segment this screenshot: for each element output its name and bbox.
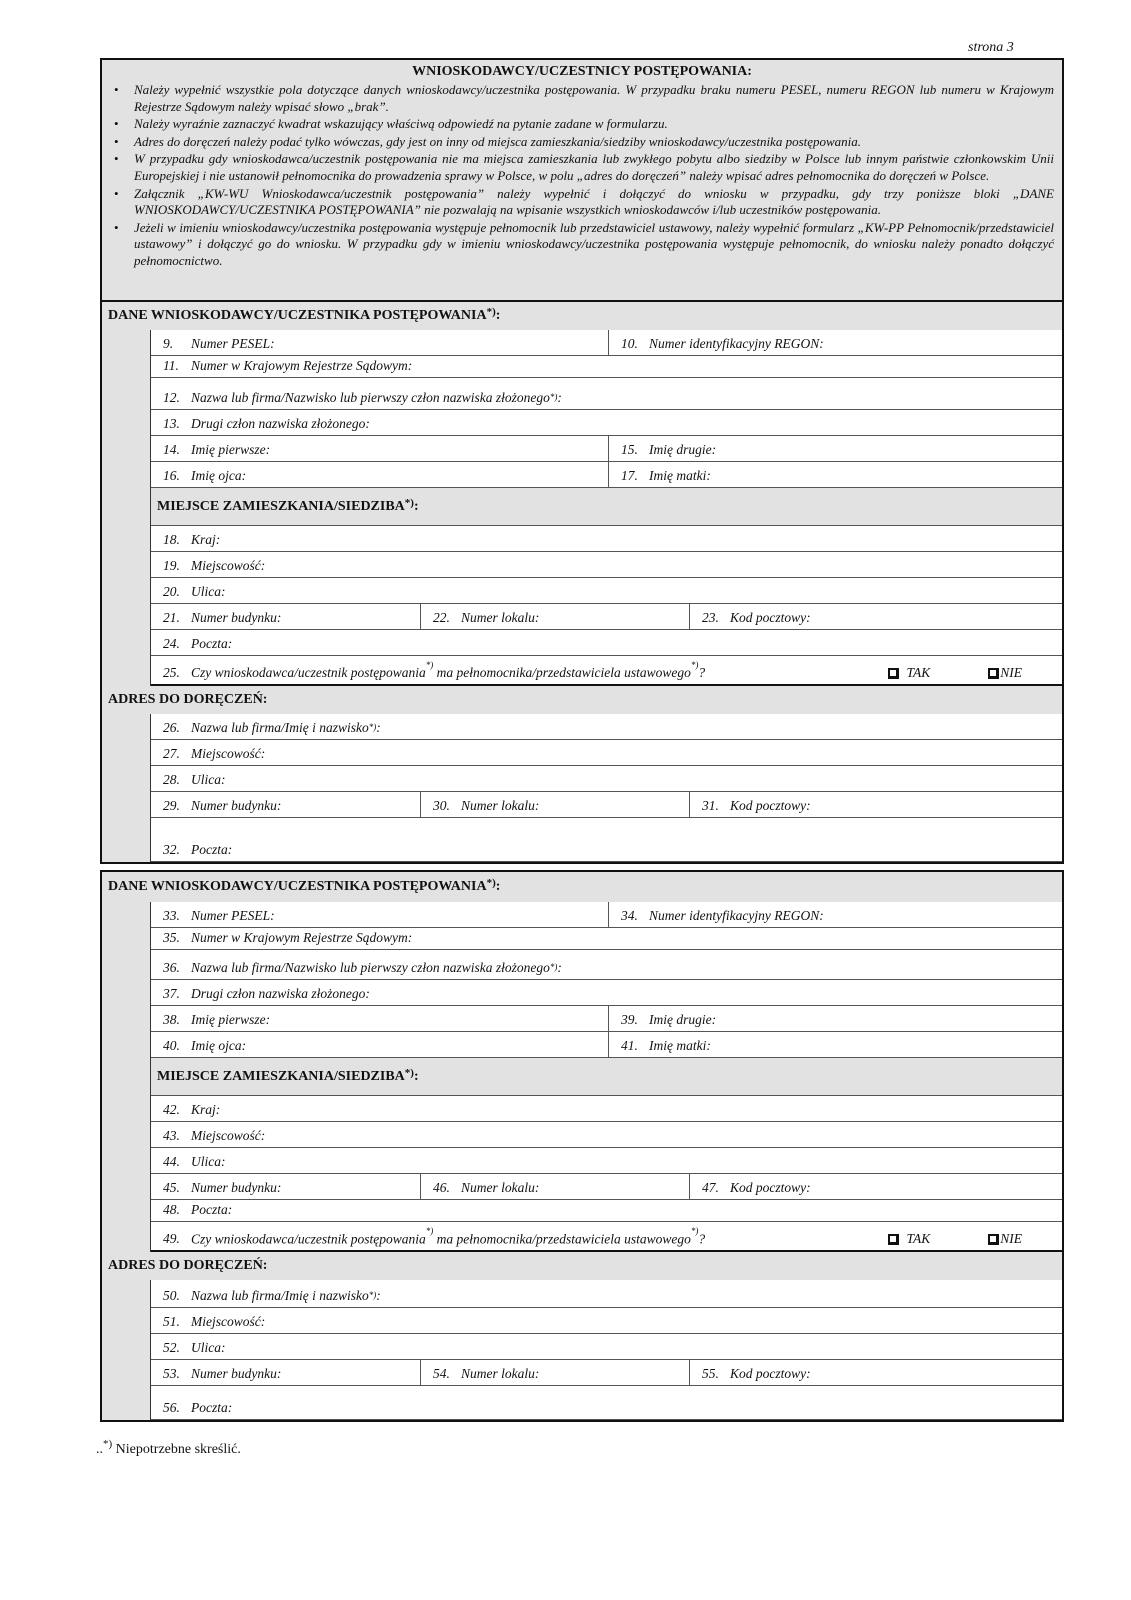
field-number: 21. (163, 610, 191, 626)
footnote-mark: *) (369, 1290, 377, 1300)
form-row: 44. Ulica: (151, 1148, 1062, 1174)
field-number: 15. (621, 442, 649, 458)
field-number: 36. (163, 960, 191, 976)
page-number: strona 3 (968, 40, 1014, 56)
representative-question: 25.Czy wnioskodawca/uczestnik postępowan… (151, 656, 1062, 684)
applicant-fields: 9. Numer PESEL: 10. Numer identyfikacyjn… (150, 330, 1062, 686)
applicant-section-2: DANE WNIOSKODAWCY/UCZESTNIKA POSTĘPOWANI… (100, 870, 1064, 1422)
field-number: 47. (702, 1180, 730, 1196)
field-number: 54. (433, 1366, 461, 1382)
field-number: 41. (621, 1038, 649, 1054)
field-label: Poczta: (191, 636, 232, 652)
field-number: 28. (163, 772, 191, 788)
checkbox-label: NIE (1000, 665, 1022, 681)
field-number: 10. (621, 336, 649, 352)
form-row: 24. Poczta: (151, 630, 1062, 656)
form-row: 11. Numer w Krajowym Rejestrze Sądowym: (151, 356, 1062, 378)
field-country[interactable]: 42. Kraj: (151, 1096, 1062, 1121)
colon: : (414, 499, 419, 515)
form-row: 21. Numer budynku: 22. Numer lokalu: 23.… (151, 604, 1062, 630)
form-row: 40. Imię ojca: 41. Imię matki: (151, 1032, 1062, 1058)
field-label: Numer identyfikacyjny REGON: (649, 336, 824, 352)
footnote-mark: *) (550, 962, 558, 972)
field-name[interactable]: 36. Nazwa lub firma/Nazwisko lub pierwsz… (151, 950, 1062, 979)
field-label: Numer budynku: (191, 1366, 281, 1382)
form-row: 42. Kraj: (151, 1096, 1062, 1122)
field-pesel[interactable]: 9. Numer PESEL: (151, 330, 609, 355)
field-label: Miejscowość: (191, 558, 265, 574)
field-d-building[interactable]: 29. Numer budynku: (151, 792, 421, 817)
field-label: Numer budynku: (191, 1180, 281, 1196)
field-label: Kod pocztowy: (730, 798, 811, 814)
field-number: 16. (163, 468, 191, 484)
residence-title: MIEJSCE ZAMIESZKANIA/SIEDZIBA (157, 499, 405, 515)
checkbox-icon[interactable] (888, 1234, 899, 1245)
field-number: 51. (163, 1314, 191, 1330)
field-label: Numer budynku: (191, 610, 281, 626)
colon: : (414, 1069, 419, 1085)
field-number: 31. (702, 798, 730, 814)
form-row: 26. Nazwa lub firma/Imię i nazwisko*): (151, 714, 1062, 740)
form-row: 37. Drugi człon nazwiska złożonego: (151, 980, 1062, 1006)
delivery-title: ADRES DO DORĘCZEŃ: (108, 692, 267, 708)
field-label: Numer lokalu: (461, 798, 539, 814)
field-label-suffix: : (376, 1288, 381, 1304)
residence-subheader: MIEJSCE ZAMIESZKANIA/SIEDZIBA*): (151, 488, 1062, 526)
field-label: Drugi człon nazwiska złożonego: (191, 986, 370, 1002)
field-number: 23. (702, 610, 730, 626)
form-row: 14. Imię pierwsze: 15. Imię drugie: (151, 436, 1062, 462)
form-row: 45. Numer budynku: 46. Numer lokalu: 47.… (151, 1174, 1062, 1200)
field-label: Nazwa lub firma/Nazwisko lub pierwszy cz… (191, 960, 550, 976)
checkbox-label: NIE (1000, 1231, 1022, 1247)
field-d-building[interactable]: 53. Numer budynku: (151, 1360, 421, 1385)
representative-question: 49.Czy wnioskodawca/uczestnik postępowan… (151, 1222, 1062, 1250)
field-number: 17. (621, 468, 649, 484)
field-post[interactable]: 24. Poczta: (151, 630, 1062, 655)
field-number: 37. (163, 986, 191, 1002)
footnote-mark: *) (369, 722, 377, 732)
footnote-mark: *) (487, 877, 496, 889)
field-label-suffix: : (557, 390, 562, 406)
applicant-fields: 33. Numer PESEL: 34. Numer identyfikacyj… (150, 902, 1062, 1252)
form-row: 48. Poczta: (151, 1200, 1062, 1222)
field-label: Nazwa lub firma/Nazwisko lub pierwszy cz… (191, 390, 550, 406)
question-text: ma pełnomocnika/przedstawiciela ustawowe… (433, 665, 691, 680)
form-row: 12. Nazwa lub firma/Nazwisko lub pierwsz… (151, 378, 1062, 410)
field-d-flat[interactable]: 30. Numer lokalu: (421, 792, 690, 817)
field-number: 50. (163, 1288, 191, 1304)
checkbox-nie[interactable]: NIE (988, 665, 1022, 681)
form-row: 25.Czy wnioskodawca/uczestnik postępowan… (151, 656, 1062, 686)
field-number: 52. (163, 1340, 191, 1356)
field-d-name[interactable]: 26. Nazwa lub firma/Imię i nazwisko*): (151, 714, 1062, 739)
field-label: Kod pocztowy: (730, 1366, 811, 1382)
checkbox-label: TAK (906, 665, 930, 681)
field-label: Imię matki: (649, 1038, 711, 1054)
field-number: 38. (163, 1012, 191, 1028)
field-regon[interactable]: 34. Numer identyfikacyjny REGON: (609, 902, 1062, 927)
footnote-mark: *) (691, 660, 699, 670)
field-name[interactable]: 12. Nazwa lub firma/Nazwisko lub pierwsz… (151, 378, 1062, 409)
field-label: Miejscowość: (191, 746, 265, 762)
field-label: Numer lokalu: (461, 1180, 539, 1196)
field-label: Poczta: (191, 1202, 232, 1218)
form-row: 56. Poczta: (151, 1386, 1062, 1420)
field-label: Ulica: (191, 1340, 226, 1356)
field-father[interactable]: 40. Imię ojca: (151, 1032, 609, 1057)
section-title: DANE WNIOSKODAWCY/UCZESTNIKA POSTĘPOWANI… (108, 308, 487, 324)
field-number: 12. (163, 390, 191, 406)
field-number: 13. (163, 416, 191, 432)
field-surname2[interactable]: 13. Drugi człon nazwiska złożonego: (151, 410, 1062, 435)
field-city[interactable]: 43. Miejscowość: (151, 1122, 1062, 1147)
section-header: DANE WNIOSKODAWCY/UCZESTNIKA POSTĘPOWANI… (102, 302, 1062, 330)
field-label: Numer lokalu: (461, 610, 539, 626)
field-label: Imię pierwsze: (191, 1012, 270, 1028)
field-postcode[interactable]: 47. Kod pocztowy: (690, 1174, 1062, 1199)
form-row: 18. Kraj: (151, 526, 1062, 552)
field-label: Nazwa lub firma/Imię i nazwisko (191, 720, 369, 736)
field-number: 44. (163, 1154, 191, 1170)
field-flat[interactable]: 22. Numer lokalu: (421, 604, 690, 629)
delivery-title: ADRES DO DORĘCZEŃ: (108, 1258, 267, 1274)
footnote-mark: *) (426, 1226, 434, 1236)
field-father[interactable]: 16. Imię ojca: (151, 462, 609, 487)
field-number: 19. (163, 558, 191, 574)
checkbox-icon[interactable] (988, 668, 999, 679)
field-label: Kod pocztowy: (730, 610, 811, 626)
delivery-address-header: ADRES DO DORĘCZEŃ: (102, 1252, 1062, 1280)
checkbox-tak[interactable]: TAK (888, 1231, 930, 1247)
field-second-name[interactable]: 39. Imię drugie: (609, 1006, 1062, 1031)
instruction-item: Adres do doręczeń należy podać tylko wów… (134, 134, 1054, 151)
checkbox-nie[interactable]: NIE (988, 1231, 1022, 1247)
field-d-city[interactable]: 51. Miejscowość: (151, 1308, 1062, 1333)
field-number: 45. (163, 1180, 191, 1196)
instruction-item: Należy wyraźnie zaznaczyć kwadrat wskazu… (134, 116, 1054, 133)
instructions-box: WNIOSKODAWCY/UCZESTNICY POSTĘPOWANIA: Na… (100, 58, 1064, 302)
form-row: 20. Ulica: (151, 578, 1062, 604)
residence-title: MIEJSCE ZAMIESZKANIA/SIEDZIBA (157, 1069, 405, 1085)
form-row: 35. Numer w Krajowym Rejestrze Sądowym: (151, 928, 1062, 950)
form-row: 51. Miejscowość: (151, 1308, 1062, 1334)
field-d-postcode[interactable]: 55. Kod pocztowy: (690, 1360, 1062, 1385)
form-row: 28. Ulica: (151, 766, 1062, 792)
field-number: 55. (702, 1366, 730, 1382)
checkbox-icon[interactable] (988, 1234, 999, 1245)
footnote-mark: *) (405, 497, 414, 509)
field-city[interactable]: 19. Miejscowość: (151, 552, 1062, 577)
field-number: 30. (433, 798, 461, 814)
question-text: ? (698, 1231, 705, 1246)
instruction-item: W przypadku gdy wnioskodawca/uczestnik p… (134, 151, 1054, 184)
field-number: 32. (163, 842, 191, 858)
field-surname2[interactable]: 37. Drugi człon nazwiska złożonego: (151, 980, 1062, 1005)
question-text: ma pełnomocnika/przedstawiciela ustawowe… (433, 1231, 691, 1246)
field-postcode[interactable]: 23. Kod pocztowy: (690, 604, 1062, 629)
field-building[interactable]: 45. Numer budynku: (151, 1174, 421, 1199)
footnote-text: Niepotrzebne skreślić. (112, 1442, 241, 1457)
field-building[interactable]: 21. Numer budynku: (151, 604, 421, 629)
field-label: Miejscowość: (191, 1128, 265, 1144)
field-d-post[interactable]: 56. Poczta: (151, 1386, 1062, 1419)
colon: : (496, 879, 501, 895)
field-number: 48. (163, 1202, 191, 1218)
field-street[interactable]: 44. Ulica: (151, 1148, 1062, 1173)
field-number: 11. (163, 358, 191, 374)
field-number: 9. (163, 336, 191, 352)
instructions-list: Należy wypełnić wszystkie pola dotyczące… (110, 82, 1054, 270)
field-label: Kod pocztowy: (730, 1180, 811, 1196)
checkbox-tak[interactable]: TAK (888, 665, 930, 681)
field-number: 18. (163, 532, 191, 548)
field-label: Numer budynku: (191, 798, 281, 814)
field-mother[interactable]: 17. Imię matki: (609, 462, 1062, 487)
field-label: Drugi człon nazwiska złożonego: (191, 416, 370, 432)
field-label: Numer identyfikacyjny REGON: (649, 908, 824, 924)
field-number: 26. (163, 720, 191, 736)
form-row: 36. Nazwa lub firma/Nazwisko lub pierwsz… (151, 950, 1062, 980)
field-second-name[interactable]: 15. Imię drugie: (609, 436, 1062, 461)
field-label: Imię pierwsze: (191, 442, 270, 458)
form-row: 38. Imię pierwsze: 39. Imię drugie: (151, 1006, 1062, 1032)
field-label: Numer PESEL: (191, 336, 275, 352)
field-number: 56. (163, 1400, 191, 1416)
field-label: Kraj: (191, 1102, 220, 1118)
field-d-street[interactable]: 28. Ulica: (151, 766, 1062, 791)
field-label: Imię matki: (649, 468, 711, 484)
instruction-item: Załącznik „KW-WU Wnioskodawca/uczestnik … (134, 186, 1054, 219)
field-post[interactable]: 48. Poczta: (151, 1200, 1062, 1221)
form-row: 49.Czy wnioskodawca/uczestnik postępowan… (151, 1222, 1062, 1252)
field-label: Ulica: (191, 772, 226, 788)
field-label: Numer w Krajowym Rejestrze Sądowym: (191, 358, 412, 374)
field-number: 43. (163, 1128, 191, 1144)
field-number: 46. (433, 1180, 461, 1196)
field-label: Ulica: (191, 1154, 226, 1170)
residence-subheader: MIEJSCE ZAMIESZKANIA/SIEDZIBA*): (151, 1058, 1062, 1096)
field-number: 29. (163, 798, 191, 814)
form-row: 29. Numer budynku: 30. Numer lokalu: 31.… (151, 792, 1062, 818)
field-label: Imię ojca: (191, 468, 246, 484)
footnote-mark: *) (405, 1067, 414, 1079)
field-label: Imię drugie: (649, 1012, 716, 1028)
question-text: Czy wnioskodawca/uczestnik postępowania (191, 1231, 426, 1246)
field-d-flat[interactable]: 54. Numer lokalu: (421, 1360, 690, 1385)
section-title: DANE WNIOSKODAWCY/UCZESTNIKA POSTĘPOWANI… (108, 879, 487, 895)
field-label-suffix: : (557, 960, 562, 976)
field-d-post[interactable]: 32. Poczta: (151, 818, 1062, 861)
field-regon[interactable]: 10. Numer identyfikacyjny REGON: (609, 330, 1062, 355)
field-number: 27. (163, 746, 191, 762)
field-number: 40. (163, 1038, 191, 1054)
field-mother[interactable]: 41. Imię matki: (609, 1032, 1062, 1057)
field-d-city[interactable]: 27. Miejscowość: (151, 740, 1062, 765)
field-street[interactable]: 20. Ulica: (151, 578, 1062, 603)
field-label: Numer w Krajowym Rejestrze Sądowym: (191, 930, 412, 946)
field-label: Imię ojca: (191, 1038, 246, 1054)
form-row: 53. Numer budynku: 54. Numer lokalu: 55.… (151, 1360, 1062, 1386)
applicant-section-1: DANE WNIOSKODAWCY/UCZESTNIKA POSTĘPOWANI… (100, 300, 1064, 864)
field-label: Poczta: (191, 1400, 232, 1416)
field-label-suffix: : (376, 720, 381, 736)
field-number: 49. (163, 1231, 191, 1247)
form-row: 52. Ulica: (151, 1334, 1062, 1360)
field-number: 53. (163, 1366, 191, 1382)
field-number: 14. (163, 442, 191, 458)
field-label: Imię drugie: (649, 442, 716, 458)
form-row: 16. Imię ojca: 17. Imię matki: (151, 462, 1062, 488)
field-flat[interactable]: 46. Numer lokalu: (421, 1174, 690, 1199)
form-row: 33. Numer PESEL: 34. Numer identyfikacyj… (151, 902, 1062, 928)
field-number: 39. (621, 1012, 649, 1028)
footnote: ..*) Niepotrzebne skreślić. (96, 1438, 241, 1458)
colon: : (496, 308, 501, 324)
field-number: 24. (163, 636, 191, 652)
field-number: 42. (163, 1102, 191, 1118)
field-first-name[interactable]: 14. Imię pierwsze: (151, 436, 609, 461)
field-d-postcode[interactable]: 31. Kod pocztowy: (690, 792, 1062, 817)
field-d-street[interactable]: 52. Ulica: (151, 1334, 1062, 1359)
field-label: Nazwa lub firma/Imię i nazwisko (191, 1288, 369, 1304)
field-label: Kraj: (191, 532, 220, 548)
field-number: 34. (621, 908, 649, 924)
field-country[interactable]: 18. Kraj: (151, 526, 1062, 551)
field-number: 22. (433, 610, 461, 626)
field-label: Ulica: (191, 584, 226, 600)
footnote-prefix: .. (96, 1442, 103, 1457)
form-row: 50. Nazwa lub firma/Imię i nazwisko*): (151, 1280, 1062, 1308)
field-pesel[interactable]: 33. Numer PESEL: (151, 902, 609, 927)
field-krs[interactable]: 11. Numer w Krajowym Rejestrze Sądowym: (151, 356, 1062, 377)
checkbox-label: TAK (906, 1231, 930, 1247)
delivery-address-fields: 50. Nazwa lub firma/Imię i nazwisko*): 5… (150, 1280, 1062, 1420)
question-text: ? (698, 665, 705, 680)
form-row: 9. Numer PESEL: 10. Numer identyfikacyjn… (151, 330, 1062, 356)
field-label: Numer lokalu: (461, 1366, 539, 1382)
form-row: 43. Miejscowość: (151, 1122, 1062, 1148)
field-label: Miejscowość: (191, 1314, 265, 1330)
footnote-mark: *) (691, 1226, 699, 1236)
form-row: 32. Poczta: (151, 818, 1062, 862)
field-number: 33. (163, 908, 191, 924)
field-krs[interactable]: 35. Numer w Krajowym Rejestrze Sądowym: (151, 928, 1062, 949)
field-label: Poczta: (191, 842, 232, 858)
footnote-mark: *) (487, 306, 496, 318)
instruction-item: Należy wypełnić wszystkie pola dotyczące… (134, 82, 1054, 115)
field-number: 35. (163, 930, 191, 946)
footnote-mark: *) (426, 660, 434, 670)
footnote-mark: *) (550, 392, 558, 402)
field-first-name[interactable]: 38. Imię pierwsze: (151, 1006, 609, 1031)
delivery-address-header: ADRES DO DORĘCZEŃ: (102, 686, 1062, 714)
checkbox-icon[interactable] (888, 668, 899, 679)
field-label: Numer PESEL: (191, 908, 275, 924)
section-header: DANE WNIOSKODAWCY/UCZESTNIKA POSTĘPOWANI… (102, 872, 1062, 902)
form-row: 13. Drugi człon nazwiska złożonego: (151, 410, 1062, 436)
field-number: 25. (163, 665, 191, 681)
field-d-name[interactable]: 50. Nazwa lub firma/Imię i nazwisko*): (151, 1280, 1062, 1307)
instructions-title: WNIOSKODAWCY/UCZESTNICY POSTĘPOWANIA: (110, 64, 1054, 80)
footnote-mark: *) (103, 1438, 112, 1450)
form-row: 19. Miejscowość: (151, 552, 1062, 578)
delivery-address-fields: 26. Nazwa lub firma/Imię i nazwisko*): 2… (150, 714, 1062, 862)
instruction-item: Jeżeli w imieniu wnioskodawcy/uczestnika… (134, 220, 1054, 270)
field-number: 20. (163, 584, 191, 600)
form-row: 27. Miejscowość: (151, 740, 1062, 766)
question-text: Czy wnioskodawca/uczestnik postępowania (191, 665, 426, 680)
